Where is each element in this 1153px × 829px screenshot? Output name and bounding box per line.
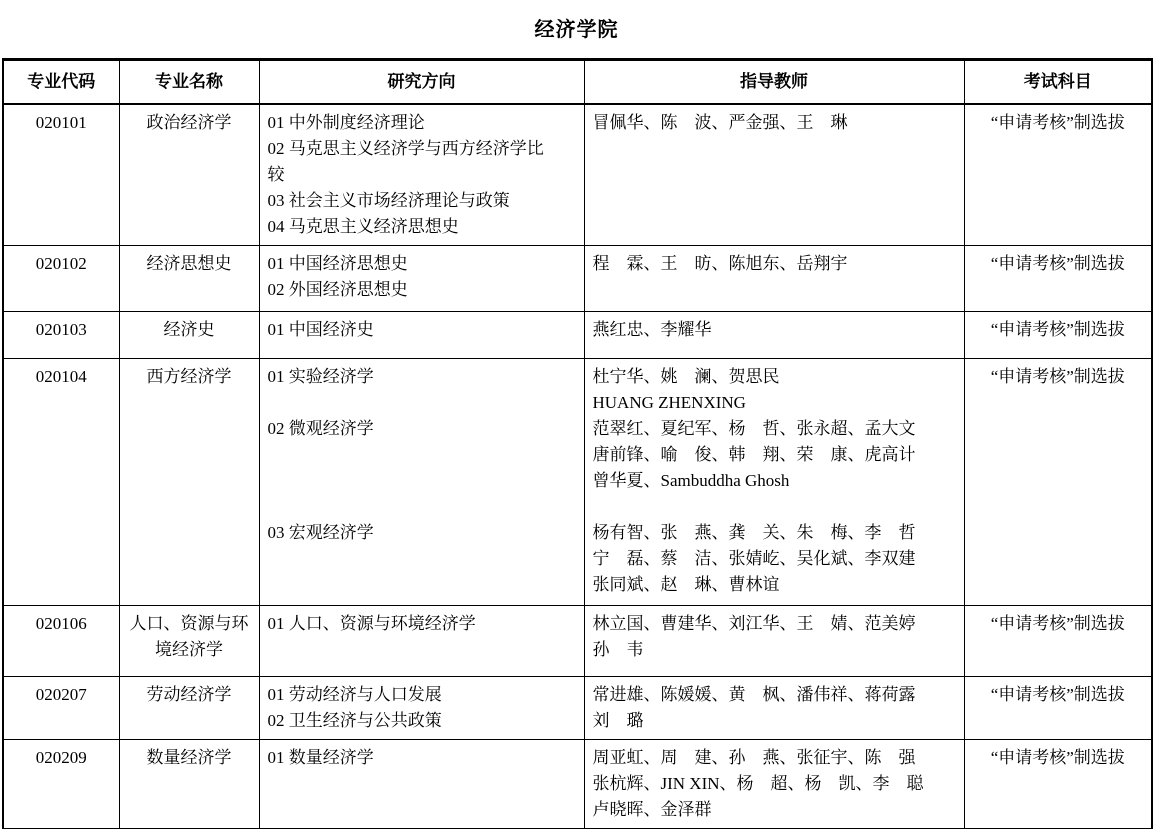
directions-cell: 01 中外制度经济理论 02 马克思主义经济学与西方经济学比 较 03 社会主义… bbox=[259, 104, 584, 246]
table-row: 020106 人口、资源与环 境经济学 01 人口、资源与环境经济学 林立国、曹… bbox=[3, 605, 1152, 676]
name-cell: 人口、资源与环 境经济学 bbox=[119, 605, 259, 676]
page-title: 经济学院 bbox=[0, 0, 1153, 44]
name-cell: 数量经济学 bbox=[119, 739, 259, 829]
exam-cell: “申请考核”制选拔 bbox=[964, 358, 1152, 605]
table-row: 020209 数量经济学 01 数量经济学 周亚虹、周 建、孙 燕、张征宇、陈 … bbox=[3, 739, 1152, 829]
directions-cell: 01 劳动经济与人口发展 02 卫生经济与公共政策 bbox=[259, 676, 584, 739]
header-cell-name: 专业名称 bbox=[119, 60, 259, 104]
document-page: 经济学院 专业代码 专业名称 研究方向 指导教师 考试科目 020101 政治经… bbox=[0, 0, 1153, 829]
header-cell-exam: 考试科目 bbox=[964, 60, 1152, 104]
table-header: 专业代码 专业名称 研究方向 指导教师 考试科目 bbox=[3, 60, 1152, 104]
directions-cell: 01 实验经济学 02 微观经济学 03 宏观经济学 bbox=[259, 358, 584, 605]
header-cell-code: 专业代码 bbox=[3, 60, 119, 104]
code-cell: 020103 bbox=[3, 311, 119, 358]
table-row: 020103 经济史 01 中国经济史 燕红忠、李耀华 “申请考核”制选拔 bbox=[3, 311, 1152, 358]
advisors-cell: 林立国、曹建华、刘江华、王 婧、范美婷 孙 韦 bbox=[584, 605, 964, 676]
advisors-cell: 周亚虹、周 建、孙 燕、张征宇、陈 强 张杭辉、JIN XIN、杨 超、杨 凯、… bbox=[584, 739, 964, 829]
table-row: 020207 劳动经济学 01 劳动经济与人口发展 02 卫生经济与公共政策 常… bbox=[3, 676, 1152, 739]
advisors-cell: 燕红忠、李耀华 bbox=[584, 311, 964, 358]
exam-cell: “申请考核”制选拔 bbox=[964, 245, 1152, 311]
table-row: 020102 经济思想史 01 中国经济思想史 02 外国经济思想史 程 霖、王… bbox=[3, 245, 1152, 311]
header-cell-advisors: 指导教师 bbox=[584, 60, 964, 104]
name-cell: 经济思想史 bbox=[119, 245, 259, 311]
table-row: 020104 西方经济学 01 实验经济学 02 微观经济学 03 宏观经济学 … bbox=[3, 358, 1152, 605]
exam-cell: “申请考核”制选拔 bbox=[964, 676, 1152, 739]
code-cell: 020207 bbox=[3, 676, 119, 739]
name-cell: 经济史 bbox=[119, 311, 259, 358]
header-row: 专业代码 专业名称 研究方向 指导教师 考试科目 bbox=[3, 60, 1152, 104]
exam-cell: “申请考核”制选拔 bbox=[964, 104, 1152, 246]
name-cell: 劳动经济学 bbox=[119, 676, 259, 739]
advisors-cell: 常进雄、陈媛媛、黄 枫、潘伟祥、蒋荷露 刘 璐 bbox=[584, 676, 964, 739]
code-cell: 020104 bbox=[3, 358, 119, 605]
table-row: 020101 政治经济学 01 中外制度经济理论 02 马克思主义经济学与西方经… bbox=[3, 104, 1152, 246]
advisors-cell: 程 霖、王 昉、陈旭东、岳翔宇 bbox=[584, 245, 964, 311]
header-cell-direction: 研究方向 bbox=[259, 60, 584, 104]
advisors-cell: 杜宁华、姚 澜、贺思民 HUANG ZHENXING 范翠红、夏纪军、杨 哲、张… bbox=[584, 358, 964, 605]
exam-cell: “申请考核”制选拔 bbox=[964, 605, 1152, 676]
directions-cell: 01 中国经济思想史 02 外国经济思想史 bbox=[259, 245, 584, 311]
code-cell: 020102 bbox=[3, 245, 119, 311]
directions-cell: 01 人口、资源与环境经济学 bbox=[259, 605, 584, 676]
programs-table: 专业代码 专业名称 研究方向 指导教师 考试科目 020101 政治经济学 01… bbox=[2, 58, 1153, 829]
name-cell: 政治经济学 bbox=[119, 104, 259, 246]
code-cell: 020106 bbox=[3, 605, 119, 676]
name-cell: 西方经济学 bbox=[119, 358, 259, 605]
advisors-cell: 冒佩华、陈 波、严金强、王 琳 bbox=[584, 104, 964, 246]
table-body: 020101 政治经济学 01 中外制度经济理论 02 马克思主义经济学与西方经… bbox=[3, 104, 1152, 829]
code-cell: 020101 bbox=[3, 104, 119, 246]
directions-cell: 01 数量经济学 bbox=[259, 739, 584, 829]
exam-cell: “申请考核”制选拔 bbox=[964, 311, 1152, 358]
exam-cell: “申请考核”制选拔 bbox=[964, 739, 1152, 829]
directions-cell: 01 中国经济史 bbox=[259, 311, 584, 358]
code-cell: 020209 bbox=[3, 739, 119, 829]
